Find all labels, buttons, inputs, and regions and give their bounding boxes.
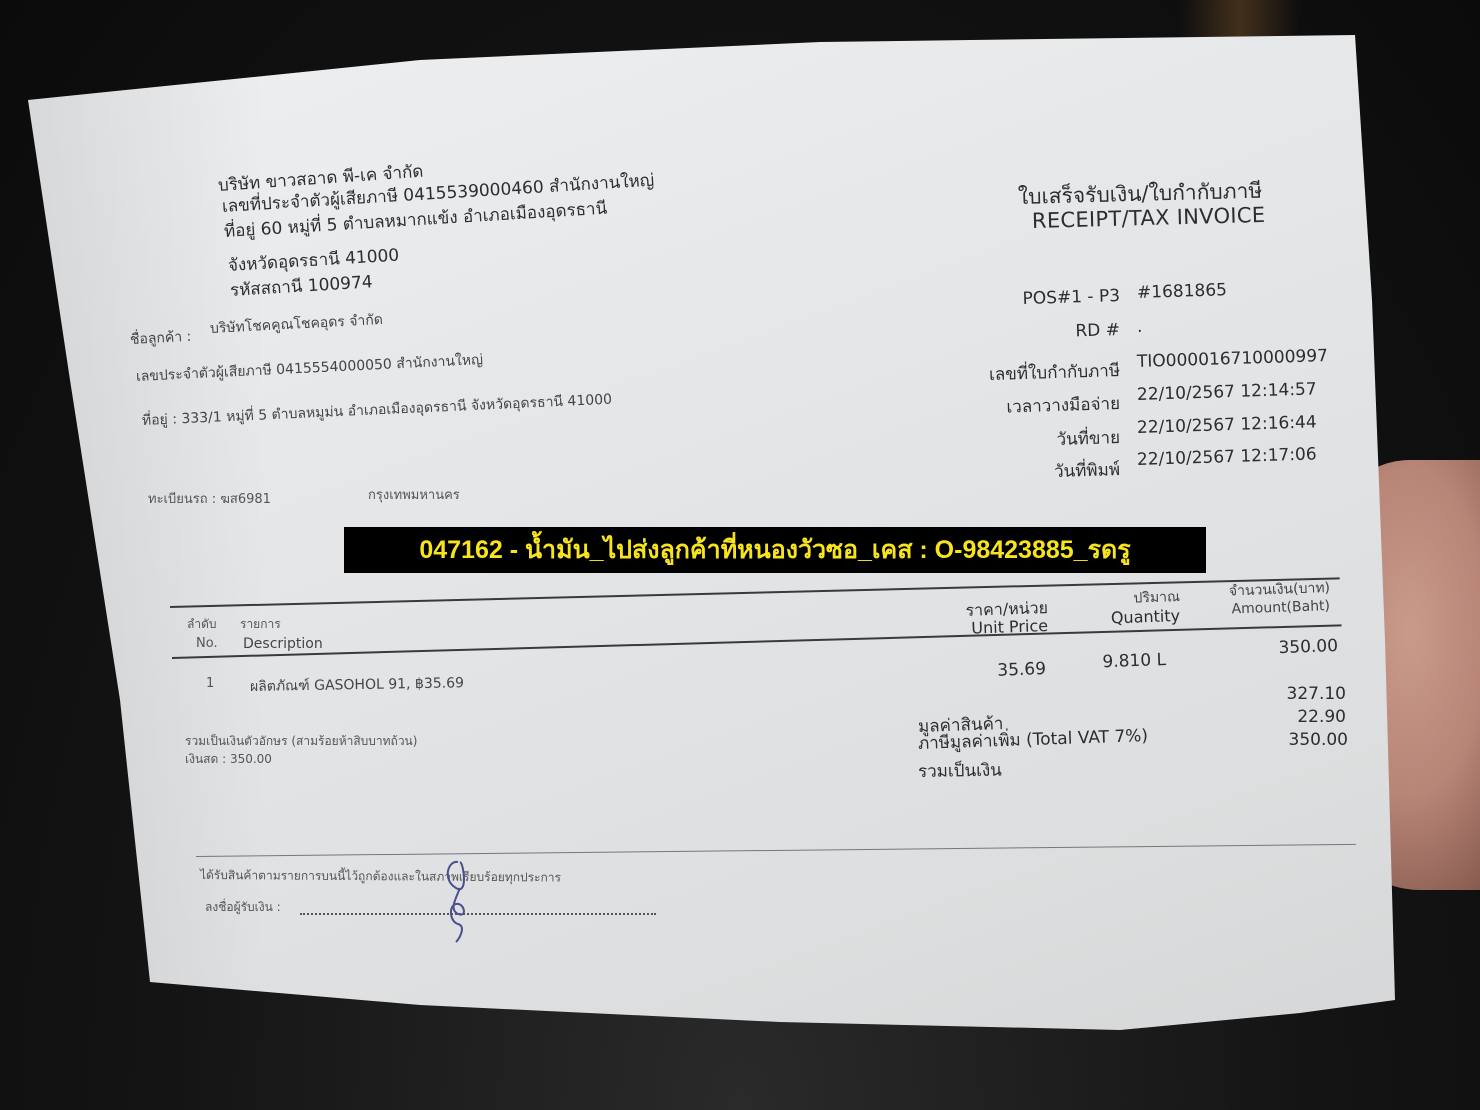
case-overlay-label: 047162 - น้ำมัน_ไปส่งลูกค้าที่หนองวัวซอ_…	[344, 527, 1206, 573]
receiver-signature-label: ลงชื่อผู้รับเงิน :	[205, 898, 281, 917]
case-overlay-text: 047162 - น้ำมัน_ไปส่งลูกค้าที่หนองวัวซอ_…	[419, 530, 1130, 570]
row-description: ผลิตภัณฑ์ GASOHOL 91, ฿35.69	[250, 672, 464, 698]
total-in-words: รวมเป็นเงินตัวอักษร (สามร้อยห้าสิบบาทถ้ว…	[185, 732, 417, 751]
customer-name-label: ชื่อลูกค้า :	[129, 326, 191, 351]
total-value-vat: 22.90	[1230, 707, 1346, 727]
row-unit-price: 35.69	[950, 659, 1047, 682]
row-quantity: 9.810 L	[1060, 650, 1167, 674]
header-desc-th: รายการ	[240, 615, 281, 634]
vehicle-plate-province: กรุงเทพมหานคร	[368, 484, 460, 505]
total-label-grand: รวมเป็นเงิน	[918, 757, 1002, 785]
header-no-en: No.	[196, 636, 218, 651]
meta-value-pos: #1681865	[1137, 280, 1228, 303]
row-amount: 350.00	[1220, 636, 1339, 660]
vehicle-plate: ทะเบียนรถ : ฆส6981	[148, 488, 271, 509]
header-desc-en: Description	[243, 636, 323, 652]
total-value-subtotal: 327.10	[1230, 684, 1346, 704]
cash-paid: เงินสด : 350.00	[185, 750, 272, 769]
meta-value-rd: .	[1137, 317, 1143, 337]
header-no-th: ลำดับ	[187, 615, 217, 634]
total-value-grand: 350.00	[1230, 730, 1348, 750]
signature-mark	[420, 852, 510, 947]
row-no: 1	[206, 676, 214, 691]
